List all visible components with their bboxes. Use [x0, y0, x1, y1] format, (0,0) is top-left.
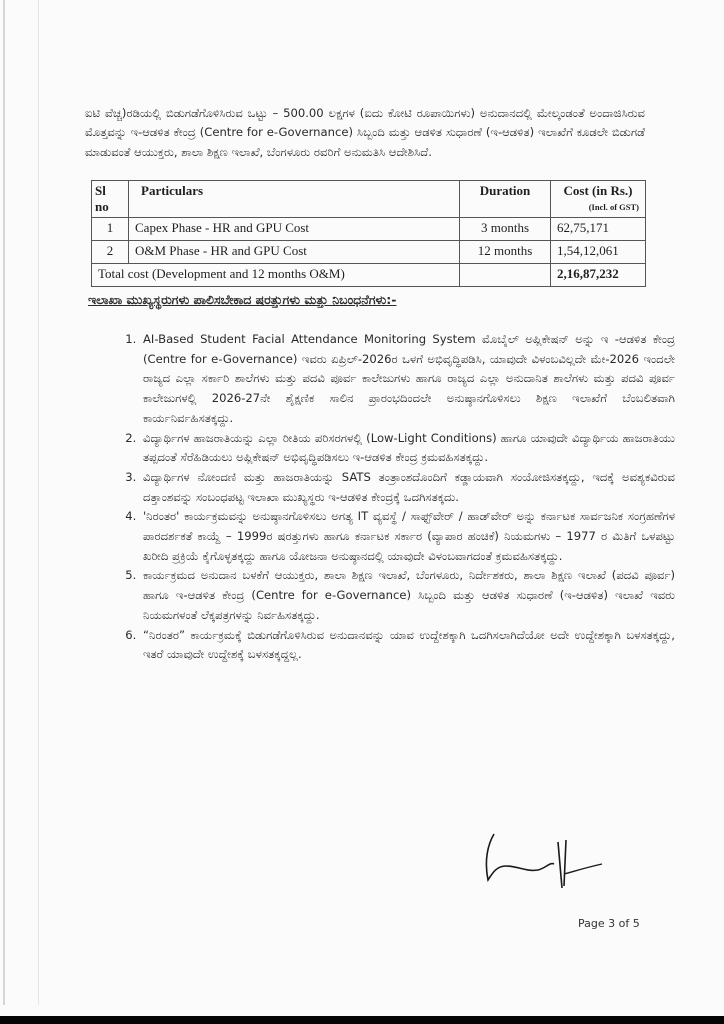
cell-sl-no: 2 — [92, 241, 129, 264]
cost-table: Sl no Particulars Duration Cost (in Rs.)… — [91, 180, 646, 287]
header-particulars: Particulars — [129, 181, 460, 218]
table-total-row: Total cost (Development and 12 months O&… — [92, 264, 646, 287]
total-label: Total cost (Development and 12 months O&… — [92, 264, 460, 287]
cell-duration: 3 months — [460, 218, 551, 241]
cell-cost: 62,75,171 — [551, 218, 646, 241]
condition-item: 'ನಿರಂತರ' ಕಾರ್ಯಕ್ರಮವನ್ನು ಅನುಷ್ಠಾನಗೊಳಿಸಲು … — [140, 507, 675, 566]
cell-particulars: Capex Phase - HR and GPU Cost — [129, 218, 460, 241]
condition-item: ಕಾರ್ಯಕ್ರಮದ ಅನುದಾನ ಬಳಕೆಗೆ ಆಯುಕ್ತರು, ಶಾಲಾ … — [140, 566, 675, 625]
total-empty-cell — [460, 264, 551, 287]
table-row: 2 O&M Phase - HR and GPU Cost 12 months … — [92, 241, 646, 264]
conditions-heading: ಇಲಾಖಾ ಮುಖ್ಯಸ್ಥರುಗಳು ಪಾಲಿಸಬೇಕಾದ ಷರತ್ತುಗಳು… — [88, 292, 396, 308]
cell-duration: 12 months — [460, 241, 551, 264]
condition-item: ವಿದ್ಯಾರ್ಥಿಗಳ ನೋಂದಣಿ ಮತ್ತು ಹಾಜರಾತಿಯನ್ನು S… — [140, 468, 675, 507]
cell-sl-no: 1 — [92, 218, 129, 241]
table-row: 1 Capex Phase - HR and GPU Cost 3 months… — [92, 218, 646, 241]
header-sl-no: Sl no — [92, 181, 129, 218]
condition-item: ವಿದ್ಯಾರ್ಥಿಗಳ ಹಾಜರಾತಿಯನ್ನು ಎಲ್ಲಾ ರೀತಿಯ ಪರ… — [140, 429, 675, 468]
header-cost: Cost (in Rs.) (Incl. of GST) — [551, 181, 646, 218]
header-duration: Duration — [460, 181, 551, 218]
cell-cost: 1,54,12,061 — [551, 241, 646, 264]
signature-mark — [466, 830, 606, 890]
condition-item: AI-Based Student Facial Attendance Monit… — [140, 330, 675, 429]
condition-item: “ನಿರಂತರ” ಕಾರ್ಯಕ್ರಮಕ್ಕೆ ಬಿಡುಗಡೆಗೊಳಿಸಿರುವ … — [140, 626, 675, 665]
total-value: 2,16,87,232 — [551, 264, 646, 287]
header-cost-label: Cost (in Rs.) — [564, 183, 633, 198]
intro-paragraph: ಐಟಿ ವೆಚ್ಚ)ರಡಿಯಲ್ಲಿ ಬಿಡುಗಡೆಗೊಳಿಸಿರುವ ಒಟ್ಟ… — [85, 104, 645, 163]
table-header-row: Sl no Particulars Duration Cost (in Rs.)… — [92, 181, 646, 218]
page-number: Page 3 of 5 — [578, 917, 640, 930]
cell-particulars: O&M Phase - HR and GPU Cost — [129, 241, 460, 264]
page-margin-line — [38, 0, 39, 1005]
conditions-list: AI-Based Student Facial Attendance Monit… — [110, 330, 675, 665]
header-cost-note: (Incl. of GST) — [557, 202, 639, 212]
page-edge — [3, 0, 5, 1005]
bottom-edge-bar — [0, 1016, 724, 1024]
